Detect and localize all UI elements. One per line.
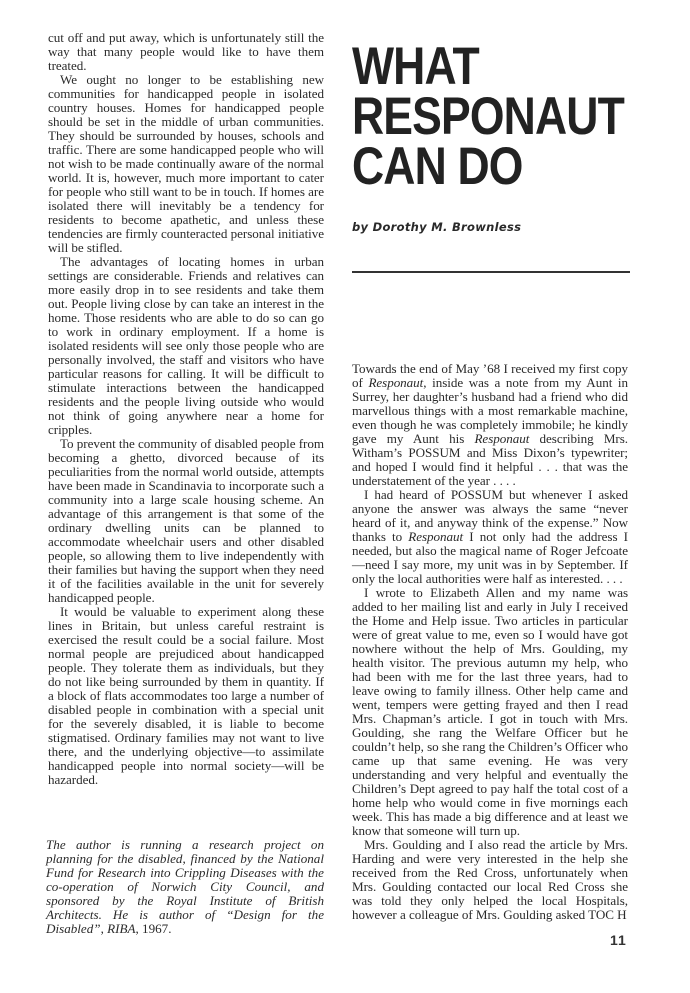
author-note-publisher: RIBA — [107, 921, 135, 936]
right-column: Towards the end of May ’68 I received my… — [352, 362, 628, 922]
left-column: cut off and put away, which is unfortuna… — [48, 31, 324, 787]
author-note-text: The author is running a research project… — [46, 837, 324, 936]
publication-title: Responaut — [368, 375, 423, 390]
paragraph: The advantages of locating homes in urba… — [48, 255, 324, 437]
article-title: WHAT RESPONAUT CAN DO — [352, 42, 604, 192]
paragraph: It would be valuable to experiment along… — [48, 605, 324, 787]
paragraph: I wrote to Elizabeth Allen and my name w… — [352, 586, 628, 838]
author-note: The author is running a research project… — [46, 838, 324, 936]
title-line: WHAT — [352, 42, 604, 92]
title-divider — [352, 271, 630, 273]
page-number: 11 — [610, 932, 627, 948]
author-note-year: , 1967. — [135, 921, 171, 936]
byline: by Dorothy M. Brownless — [352, 220, 521, 234]
paragraph: cut off and put away, which is unfortuna… — [48, 31, 324, 73]
publication-title: Responaut — [408, 529, 463, 544]
publication-title: Responaut — [474, 431, 529, 446]
title-line: CAN DO — [352, 142, 604, 192]
title-line: RESPONAUT — [352, 92, 604, 142]
paragraph: I had heard of POSSUM but whenever I ask… — [352, 488, 628, 586]
paragraph: Towards the end of May ’68 I received my… — [352, 362, 628, 488]
paragraph: We ought no longer to be establishing ne… — [48, 73, 324, 255]
paragraph: Mrs. Goulding and I also read the articl… — [352, 838, 628, 922]
paragraph: To prevent the community of disabled peo… — [48, 437, 324, 605]
